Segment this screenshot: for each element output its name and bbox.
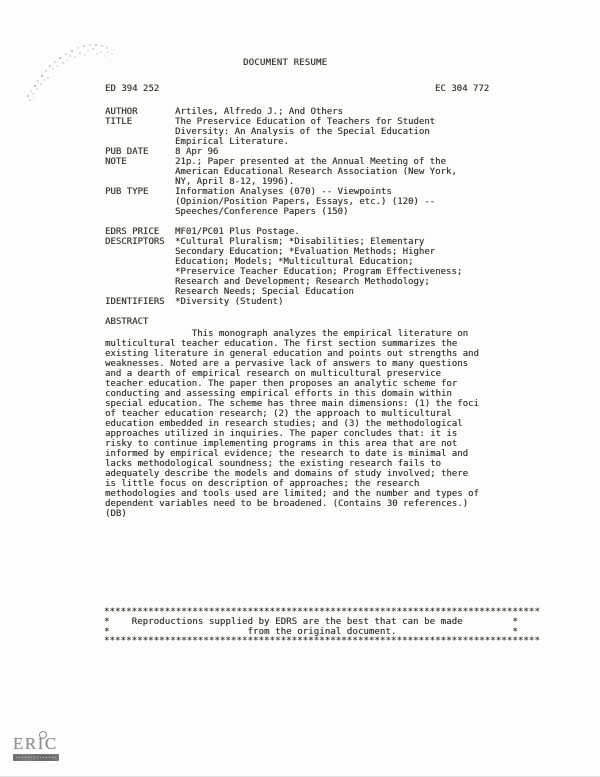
- field-label-pub-type: PUB TYPE: [105, 187, 175, 197]
- field-value-author: Artiles, Alfredo J.; And Others: [175, 107, 343, 117]
- field-label-note: NOTE: [105, 157, 175, 167]
- reproduction-notice-border-bottom: ****************************************…: [104, 637, 540, 647]
- field-row-title: TITLE The Preservice Education of Teache…: [105, 117, 545, 147]
- field-row-pub-date: PUB DATE 8 Apr 96: [105, 147, 545, 157]
- field-row-pub-type: PUB TYPE Information Analyses (070) -- V…: [105, 187, 545, 217]
- reproduction-notice: ****************************************…: [104, 608, 540, 647]
- field-label-descriptors: DESCRIPTORS: [105, 237, 175, 247]
- field-value-pub-date: 8 Apr 96: [175, 147, 218, 157]
- field-row-note: NOTE 21p.; Paper presented at the Annual…: [105, 157, 545, 187]
- field-label-title: TITLE: [105, 117, 175, 127]
- abstract-heading: ABSTRACT: [105, 317, 148, 327]
- bibliographic-fields: AUTHOR Artiles, Alfredo J.; And Others T…: [105, 107, 545, 307]
- document-resume-title: DOCUMENT RESUME: [243, 58, 327, 68]
- field-row-descriptors: DESCRIPTORS *Cultural Pluralism; *Disabi…: [105, 237, 545, 297]
- field-label-pub-date: PUB DATE: [105, 147, 175, 157]
- field-row-edrs-price: EDRS PRICE MF01/PC01 Plus Postage.: [105, 227, 545, 237]
- abstract-text: This monograph analyzes the empirical li…: [105, 329, 479, 519]
- eric-logo-text: ERIC: [13, 735, 65, 753]
- field-value-note: 21p.; Paper presented at the Annual Meet…: [175, 157, 457, 187]
- field-label-identifiers: IDENTIFIERS: [105, 297, 175, 307]
- ed-accession-number: ED 394 252: [105, 84, 159, 94]
- field-value-identifiers: *Diversity (Student): [175, 297, 283, 307]
- eric-logo-ring-icon: [39, 731, 47, 739]
- document-page: DOCUMENT RESUME ED 394 252 EC 304 772 AU…: [0, 0, 600, 777]
- field-row-author: AUTHOR Artiles, Alfredo J.; And Others: [105, 107, 545, 117]
- field-row-identifiers: IDENTIFIERS *Diversity (Student): [105, 297, 545, 307]
- ec-clearinghouse-number: EC 304 772: [435, 84, 489, 94]
- field-value-edrs-price: MF01/PC01 Plus Postage.: [175, 227, 300, 237]
- scan-artifact-mark: [22, 36, 122, 108]
- field-value-pub-type: Information Analyses (070) -- Viewpoints…: [175, 187, 435, 217]
- field-value-title: The Preservice Education of Teachers for…: [175, 117, 435, 147]
- eric-logo: ERIC: [13, 735, 65, 761]
- field-label-edrs-price: EDRS PRICE: [105, 227, 175, 237]
- eric-logo-bar: [13, 754, 59, 761]
- field-value-descriptors: *Cultural Pluralism; *Disabilities; Elem…: [175, 237, 462, 297]
- field-label-author: AUTHOR: [105, 107, 175, 117]
